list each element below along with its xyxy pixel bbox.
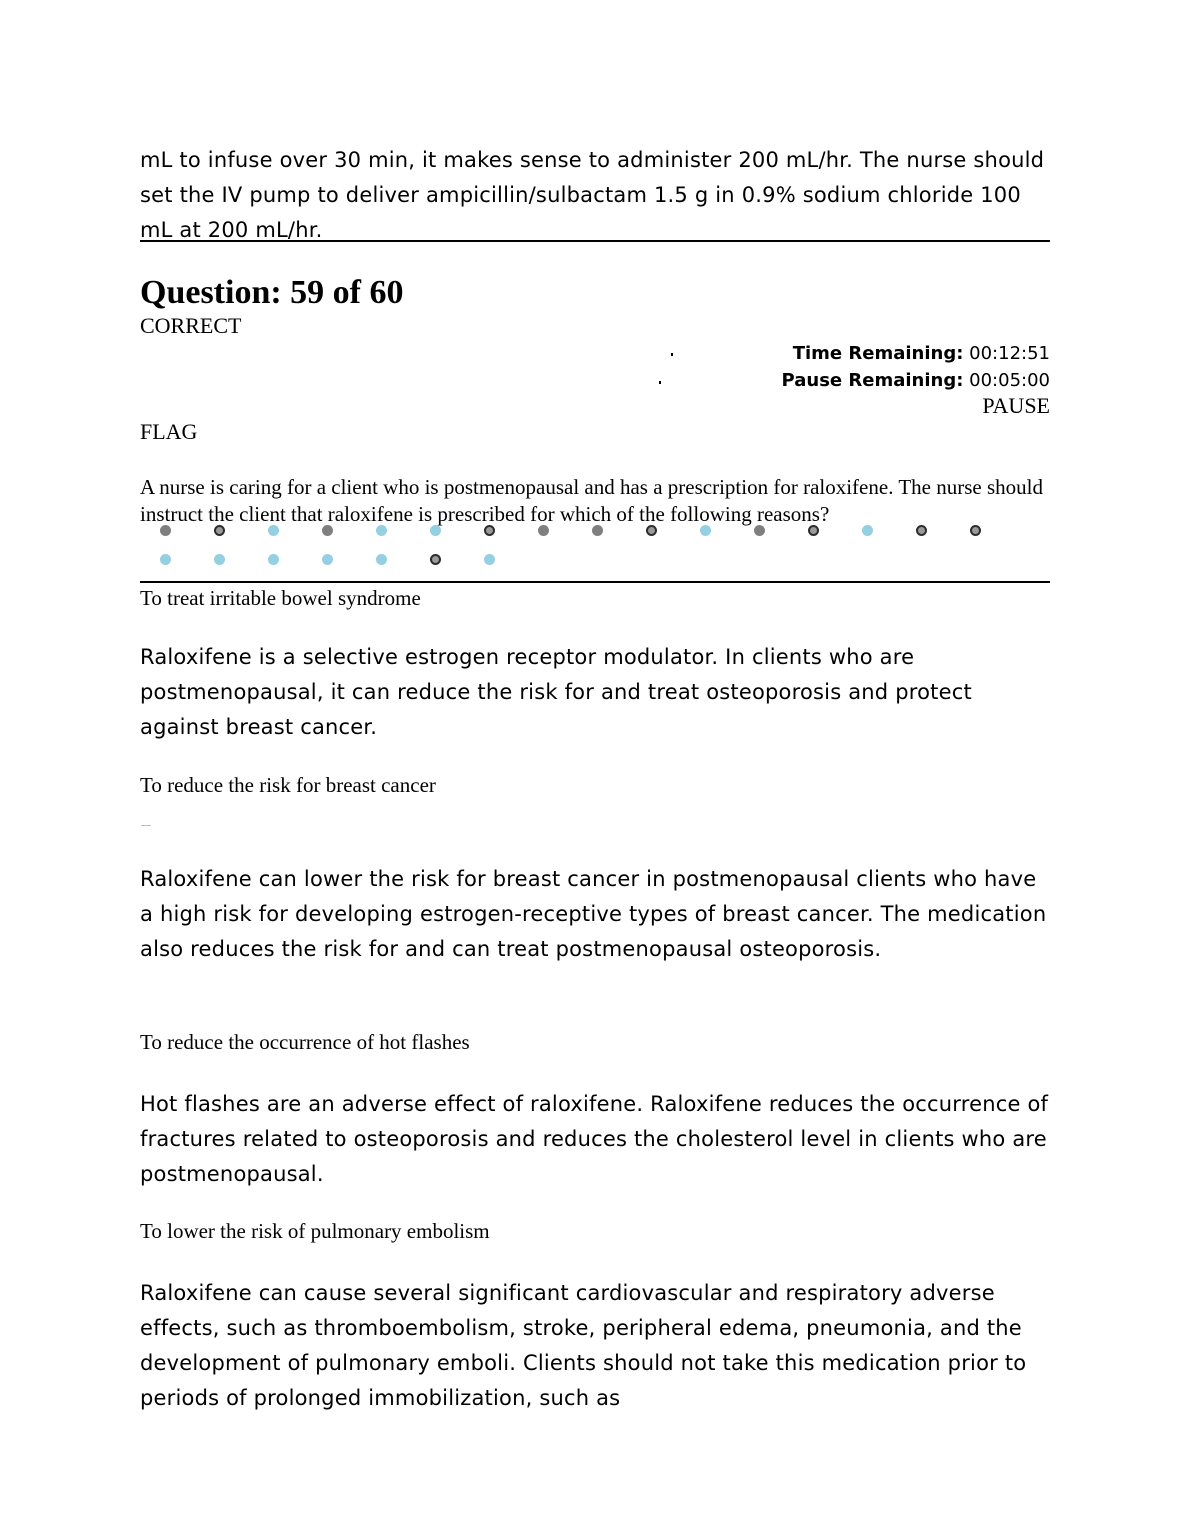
pause-remaining-value: 00:05:00 [969, 370, 1050, 391]
pause-remaining-label: Pause Remaining: [782, 370, 964, 391]
question-nav-dot-10[interactable] [646, 525, 657, 536]
option-explanation: Raloxifene can lower the risk for breast… [140, 862, 1050, 967]
question-nav-dot-7[interactable] [484, 525, 495, 536]
answer-option[interactable]: To treat irritable bowel syndrome [140, 585, 421, 611]
bullet-icon [659, 381, 661, 384]
pause-button[interactable]: PAUSE [982, 393, 1050, 419]
question-nav-dot-22[interactable] [430, 554, 441, 565]
section-divider [140, 240, 1050, 242]
question-nav-dot-16[interactable] [970, 525, 981, 536]
question-nav-dot-14[interactable] [862, 525, 873, 536]
question-nav-dot-17[interactable] [160, 554, 171, 565]
question-nav-dot-2[interactable] [214, 525, 225, 536]
question-nav-dot-5[interactable] [376, 525, 387, 536]
question-stem: A nurse is caring for a client who is po… [140, 474, 1050, 528]
options-divider [140, 581, 1050, 583]
previous-question-explanation: mL to infuse over 30 min, it makes sense… [140, 143, 1050, 248]
question-nav-dot-1[interactable] [160, 525, 171, 536]
answer-option[interactable]: To reduce the risk for breast cancer [140, 772, 436, 798]
question-nav-dot-12[interactable] [754, 525, 765, 536]
question-nav-dot-21[interactable] [376, 554, 387, 565]
pause-remaining: Pause Remaining: 00:05:00 [782, 369, 1050, 393]
time-remaining: Time Remaining: 00:12:51 [793, 342, 1050, 366]
question-nav-dot-6[interactable] [430, 525, 441, 536]
question-nav-dot-13[interactable] [808, 525, 819, 536]
question-nav-dot-11[interactable] [700, 525, 711, 536]
answer-option[interactable]: To reduce the occurrence of hot flashes [140, 1029, 470, 1055]
answer-status: CORRECT [140, 313, 241, 339]
question-nav-dot-23[interactable] [484, 554, 495, 565]
question-title: Question: 59 of 60 [140, 273, 404, 313]
question-nav-dot-20[interactable] [322, 554, 333, 565]
option-explanation: Raloxifene can cause several significant… [140, 1276, 1050, 1416]
question-nav-dot-9[interactable] [592, 525, 603, 536]
question-nav-dot-3[interactable] [268, 525, 279, 536]
bullet-icon [671, 353, 673, 356]
question-nav-dot-8[interactable] [538, 525, 549, 536]
question-nav-dot-15[interactable] [916, 525, 927, 536]
flag-button[interactable]: FLAG [140, 419, 197, 445]
time-remaining-label: Time Remaining: [793, 343, 964, 364]
option-explanation: Hot flashes are an adverse effect of ral… [140, 1087, 1050, 1192]
answer-option[interactable]: To lower the risk of pulmonary embolism [140, 1218, 490, 1244]
time-remaining-value: 00:12:51 [969, 343, 1050, 364]
question-nav-dot-4[interactable] [322, 525, 333, 536]
option-explanation: Raloxifene is a selective estrogen recep… [140, 640, 1050, 745]
correct-marker [141, 825, 151, 826]
question-nav-dot-18[interactable] [214, 554, 225, 565]
question-nav-dot-19[interactable] [268, 554, 279, 565]
